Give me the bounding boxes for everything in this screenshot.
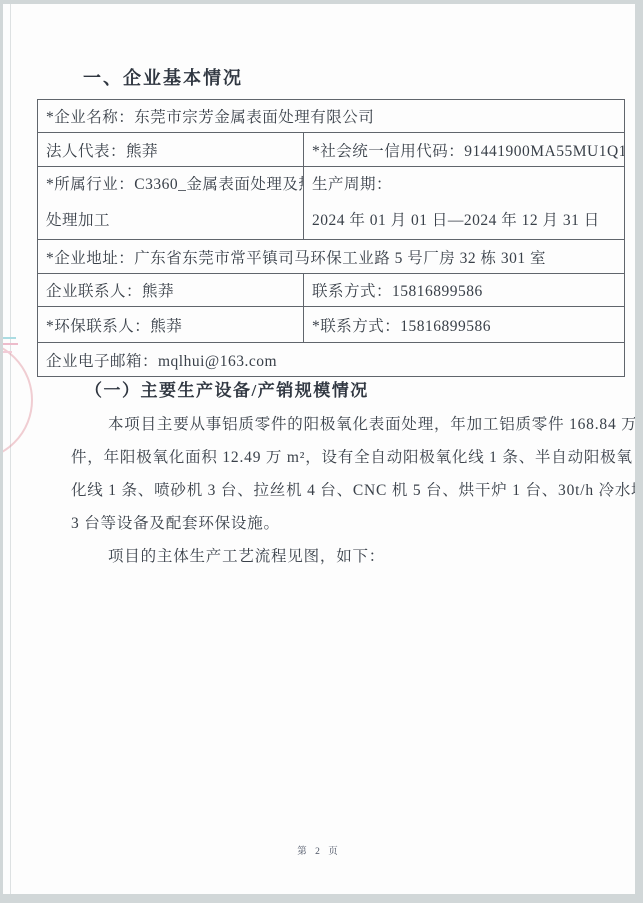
process-flow-intro-line: 项目的主体生产工艺流程见图，如下：: [71, 540, 621, 573]
scan-artifact-dash: [3, 337, 16, 339]
paragraph-line: 本项目主要从事铝质零件的阳极氧化表面处理，年加工铝质零件 168.84 万: [71, 408, 621, 441]
cell-company-contact-phone: 联系方式：15816899586: [304, 274, 625, 307]
cell-production-period: 生产周期： 2024 年 01 月 01 日—2024 年 12 月 31 日: [304, 167, 625, 240]
table-row-legal-rep: 法人代表：熊莽 *社会统一信用代码：91441900MA55MU1Q10: [38, 133, 625, 167]
basic-info-table: *企业名称：东莞市宗芳金属表面处理有限公司 法人代表：熊莽 *社会统一信用代码：…: [37, 99, 625, 377]
scanned-document: { "colors": { "scan_edge_background": "#…: [0, 0, 643, 903]
table-row-industry-period: *所属行业：C3360_金属表面处理及热 处理加工 生产周期： 2024 年 0…: [38, 167, 625, 240]
stamp-arc: [3, 339, 33, 461]
table-row-company-name: *企业名称：东莞市宗芳金属表面处理有限公司: [38, 100, 625, 133]
scan-artifact-dash: [3, 343, 18, 345]
cell-credit-code: *社会统一信用代码：91441900MA55MU1Q10: [304, 133, 625, 167]
production-period-value: 2024 年 01 月 01 日—2024 年 12 月 31 日: [312, 203, 620, 239]
cell-industry: *所属行业：C3360_金属表面处理及热 处理加工: [38, 167, 304, 240]
page-number: 第 2 页: [3, 843, 635, 857]
table-row-email: 企业电子邮箱：mqlhui@163.com: [38, 343, 625, 377]
document-page: 一、企业基本情况 *企业名称：东莞市宗芳金属表面处理有限公司 法人代表：熊莽 *…: [3, 4, 635, 894]
cell-address: *企业地址：广东省东莞市常平镇司马环保工业路 5 号厂房 32 栋 301 室: [38, 240, 625, 274]
table-row-address: *企业地址：广东省东莞市常平镇司马环保工业路 5 号厂房 32 栋 301 室: [38, 240, 625, 274]
scan-fold-line: [10, 4, 11, 894]
table-row-company-contact: 企业联系人：熊莽 联系方式：15816899586: [38, 274, 625, 307]
cell-env-contact: *环保联系人：熊莽: [38, 307, 304, 343]
industry-line-1: *所属行业：C3360_金属表面处理及热: [46, 167, 299, 203]
cell-legal-representative: 法人代表：熊莽: [38, 133, 304, 167]
paragraph-line: 3 台等设备及配套环保设施。: [71, 507, 621, 540]
section-heading-production: （一）主要生产设备/产销规模情况: [85, 376, 369, 401]
production-period-label: 生产周期：: [312, 167, 620, 203]
production-paragraph: 本项目主要从事铝质零件的阳极氧化表面处理，年加工铝质零件 168.84 万 件，…: [71, 408, 621, 573]
section-heading-basic-info: 一、企业基本情况: [83, 64, 243, 90]
scan-artifact-dash: [3, 351, 12, 353]
cell-email: 企业电子邮箱：mqlhui@163.com: [38, 343, 625, 377]
table-row-env-contact: *环保联系人：熊莽 *联系方式：15816899586: [38, 307, 625, 343]
cell-company-contact: 企业联系人：熊莽: [38, 274, 304, 307]
cell-company-name: *企业名称：东莞市宗芳金属表面处理有限公司: [38, 100, 625, 133]
cell-env-contact-phone: *联系方式：15816899586: [304, 307, 625, 343]
paragraph-line: 件，年阳极氧化面积 12.49 万 m²，设有全自动阳极氧化线 1 条、半自动阳…: [71, 441, 621, 474]
industry-line-2: 处理加工: [46, 203, 299, 239]
paragraph-line: 化线 1 条、喷砂机 3 台、拉丝机 4 台、CNC 机 5 台、烘干炉 1 台…: [71, 474, 621, 507]
